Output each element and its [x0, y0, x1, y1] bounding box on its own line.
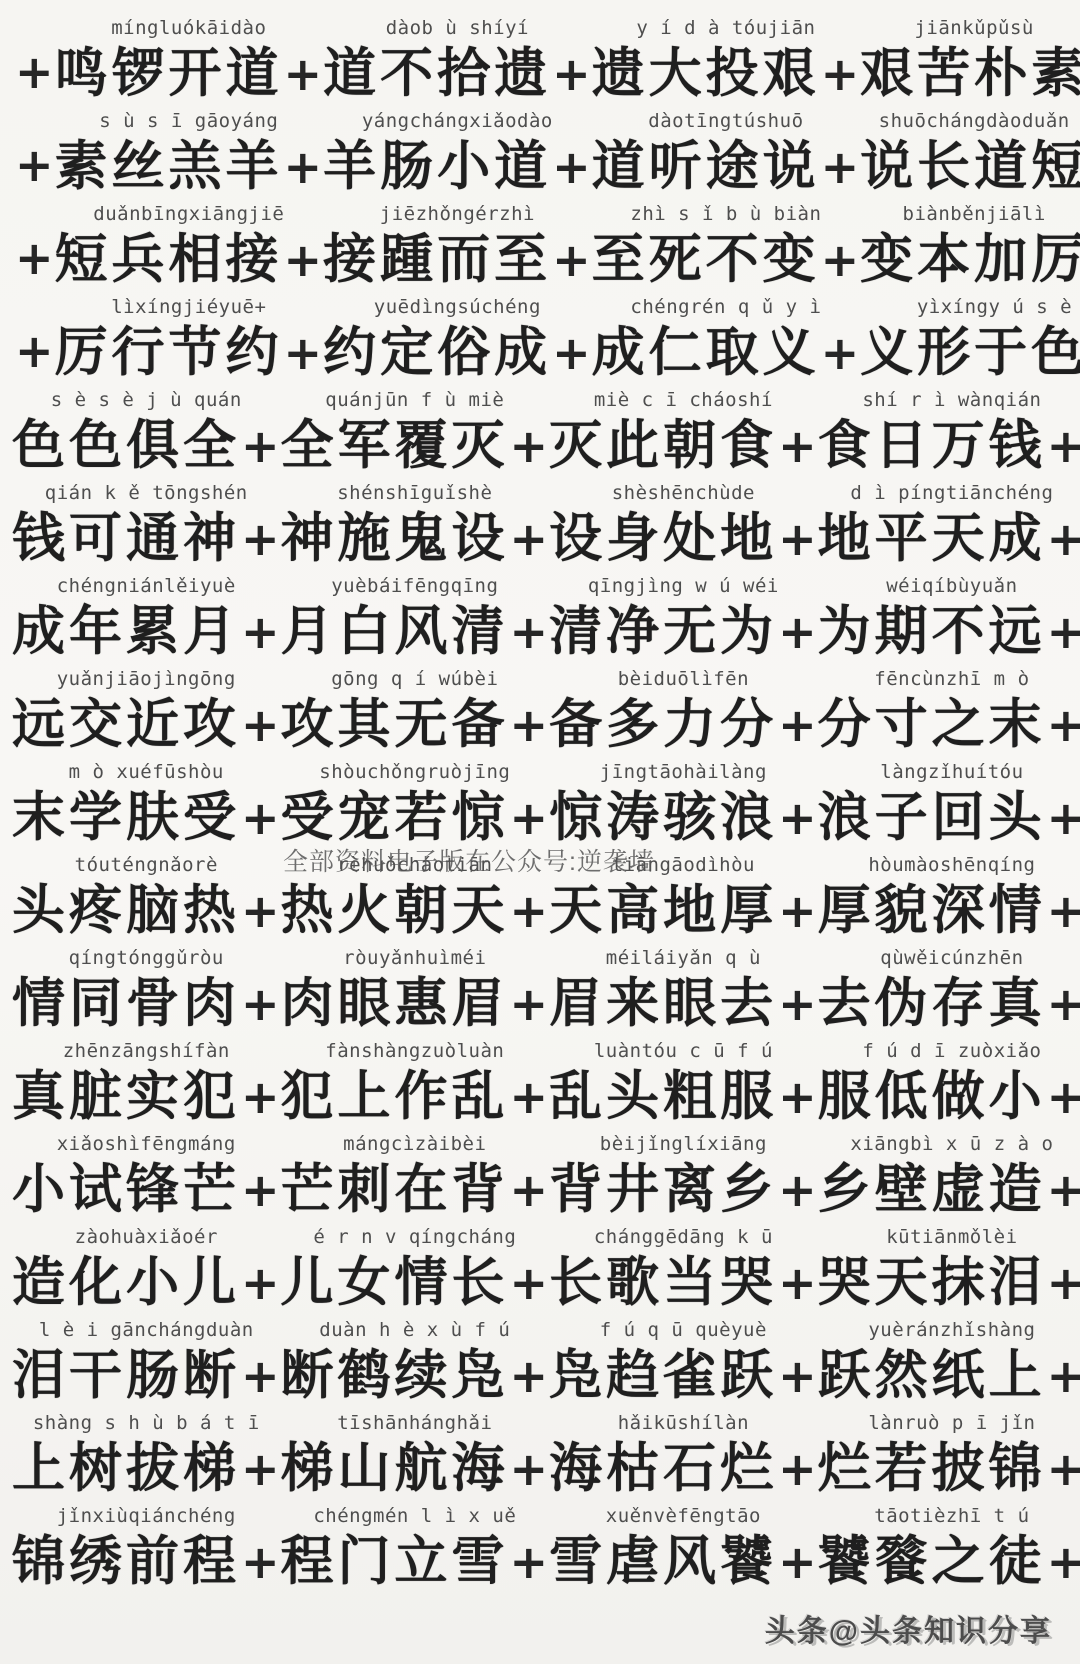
pinyin-label: fànshàngzuòluàn	[325, 1039, 504, 1064]
plus-connector: +	[510, 510, 549, 568]
idiom-cell: qíngtónggǔròu情同骨肉+	[12, 946, 281, 1035]
idiom-line: 鸣锣开道+	[55, 41, 324, 105]
plus-connector: +	[1047, 1254, 1080, 1312]
plus-connector: +	[284, 324, 323, 382]
plus-connector: +	[284, 138, 323, 196]
idiom-text: 背井离乡	[549, 1157, 777, 1221]
idiom-line: 厉行节约+	[55, 320, 324, 384]
idiom-cell: f ú d ī zuòxiǎo服低做小+	[818, 1039, 1080, 1128]
pinyin-label: jǐnxiùqiánchéng	[57, 1504, 236, 1529]
plus-connector: +	[821, 138, 860, 196]
idiom-line: 说长道短	[860, 134, 1080, 198]
idiom-row: zhēnzāngshífàn真脏实犯+fànshàngzuòluàn犯上作乱+l…	[0, 1037, 1080, 1130]
pinyin-label: jiānkǔpǔsù	[914, 16, 1033, 41]
idiom-line: 去伪存真+	[818, 971, 1080, 1035]
plus-connector: +	[778, 696, 817, 754]
idiom-text: 天高地厚	[549, 878, 777, 942]
pinyin-label: làngzǐhuítóu	[880, 760, 1023, 785]
idiom-cell: chéngrén q ǔ y ì成仁取义+	[592, 295, 861, 384]
idiom-text: 远交近攻	[12, 692, 240, 756]
idiom-line: 接踵而至+	[323, 227, 592, 291]
idiom-line: 海枯石烂+	[549, 1436, 818, 1500]
idiom-line: 情同骨肉+	[12, 971, 281, 1035]
idiom-text: 乱头粗服	[549, 1064, 777, 1128]
idiom-line: 断鹤续凫+	[281, 1343, 550, 1407]
idiom-row: l è i gānchángduàn泪干肠断+duàn h è x ù f ú断…	[0, 1316, 1080, 1409]
plus-connector: +	[552, 231, 591, 289]
idiom-cell: l è i gānchángduàn泪干肠断+	[12, 1318, 281, 1407]
pinyin-label: qīngjìng w ú wéi	[588, 574, 779, 599]
idiom-cell: hòumàoshēnqíng厚貌深情+	[818, 853, 1080, 942]
idiom-row: +lìxíngjiéyuē+厉行节约+yuēdìngsúchéng约定俗成+ch…	[0, 293, 1080, 386]
idiom-line: 灭此朝食+	[549, 413, 818, 477]
pinyin-label: m ò xuéfūshòu	[69, 760, 224, 785]
plus-connector: +	[778, 510, 817, 568]
idiom-cell: dàob ù shíyí道不拾遗+	[323, 16, 592, 105]
plus-connector: +	[778, 1068, 817, 1126]
idiom-line: 厚貌深情+	[818, 878, 1080, 942]
idiom-text: 攻其无备	[281, 692, 509, 756]
plus-connector: +	[552, 45, 591, 103]
pinyin-label: biànběnjiālì	[903, 202, 1046, 227]
idiom-cell: m ò xuéfūshòu末学肤受+	[12, 760, 281, 849]
plus-connector: +	[778, 603, 817, 661]
idiom-line: 备多力分+	[549, 692, 818, 756]
idiom-text: 鸣锣开道	[55, 41, 283, 105]
idiom-text: 月白风清	[281, 599, 509, 663]
plus-connector: +	[241, 1347, 280, 1405]
idiom-text: 眉来眼去	[549, 971, 777, 1035]
idiom-text: 接踵而至	[323, 227, 551, 291]
idiom-text: 乡壁虚造	[818, 1157, 1046, 1221]
idiom-cell: chéngniánlěiyuè成年累月+	[12, 574, 281, 663]
idiom-text: 泪干肠断	[12, 1343, 240, 1407]
idiom-text: 变本加厉	[860, 227, 1080, 291]
idiom-cell: s è s è j ù quán色色俱全+	[12, 388, 281, 477]
idiom-text: 雪虐风饕	[549, 1529, 777, 1593]
idiom-cell: biànběnjiālì变本加厉	[860, 202, 1080, 291]
idiom-cell: mángcìzàibèi芒刺在背+	[281, 1132, 550, 1221]
idiom-cell: duàn h è x ù f ú断鹤续凫+	[281, 1318, 550, 1407]
plus-connector: +	[1047, 603, 1080, 661]
idiom-line: 烂若披锦+	[818, 1436, 1080, 1500]
idiom-line: 程门立雪+	[281, 1529, 550, 1593]
idiom-text: 全军覆灭	[281, 413, 509, 477]
plus-connector: +	[1047, 417, 1080, 475]
pinyin-label: chéngniánlěiyuè	[57, 574, 236, 599]
idiom-line: 哭天抹泪+	[818, 1250, 1080, 1314]
plus-connector: +	[241, 1161, 280, 1219]
idiom-chain-sheet: +míngluókāidào鸣锣开道+dàob ù shíyí道不拾遗+y í …	[0, 0, 1080, 1664]
plus-connector: +	[1047, 882, 1080, 940]
idiom-cell: qùwěicúnzhēn去伪存真+	[818, 946, 1080, 1035]
idiom-line: 跃然纸上+	[818, 1343, 1080, 1407]
idiom-cell: méiláiyǎn q ù眉来眼去+	[549, 946, 818, 1035]
pinyin-label: dàob ù shíyí	[386, 16, 529, 41]
plus-connector: +	[1047, 1161, 1080, 1219]
idiom-line: 色色俱全+	[12, 413, 281, 477]
idiom-text: 约定俗成	[323, 320, 551, 384]
idiom-text: 至死不变	[592, 227, 820, 291]
plus-connector: +	[510, 1161, 549, 1219]
pinyin-label: chéngrén q ǔ y ì	[630, 295, 821, 320]
pinyin-label: duǎnbīngxiāngjiē	[93, 202, 284, 227]
pinyin-label: yuèránzhǐshàng	[868, 1318, 1035, 1343]
idiom-text: 灭此朝食	[549, 413, 777, 477]
plus-connector: +	[778, 1254, 817, 1312]
pinyin-label: xiāngbì x ū z à o	[850, 1132, 1053, 1157]
pinyin-label: lìxíngjiéyuē+	[111, 295, 266, 320]
pinyin-label: wéiqíbùyuǎn	[886, 574, 1017, 599]
idiom-cell: yángchángxiǎodào羊肠小道+	[323, 109, 592, 198]
pinyin-label: l è i gānchángduàn	[39, 1318, 254, 1343]
pinyin-label: míngluókāidào	[111, 16, 266, 41]
plus-connector: +	[241, 1533, 280, 1591]
pinyin-label: yuèbáifēngqīng	[331, 574, 498, 599]
idiom-row: s è s è j ù quán色色俱全+quánjūn f ù miè全军覆灭…	[0, 386, 1080, 479]
idiom-cell: shòuchǒngruòjīng受宠若惊+	[281, 760, 550, 849]
idiom-cell: yuǎnjiāojìngōng远交近攻+	[12, 667, 281, 756]
idiom-text: 梯山航海	[281, 1436, 509, 1500]
idiom-cell: gōng q í wúbèi攻其无备+	[281, 667, 550, 756]
idiom-line: 造化小儿+	[12, 1250, 281, 1314]
idiom-cell: lànruò p ī jǐn烂若披锦+	[818, 1411, 1080, 1500]
idiom-text: 钱可通神	[12, 506, 240, 570]
pinyin-label: lànruò p ī jǐn	[868, 1411, 1035, 1436]
idiom-line: 泪干肠断+	[12, 1343, 281, 1407]
idiom-text: 艰苦朴素	[860, 41, 1080, 105]
idiom-cell: s ù s ī gāoyáng素丝羔羊+	[55, 109, 324, 198]
plus-connector: +	[15, 136, 54, 194]
pinyin-label: shàng s h ù b á t ī	[33, 1411, 260, 1436]
idiom-text: 素丝羔羊	[55, 134, 283, 198]
plus-connector: +	[15, 322, 54, 380]
idiom-cell: tīshānhánghǎi梯山航海+	[281, 1411, 550, 1500]
idiom-rows-container: +míngluókāidào鸣锣开道+dàob ù shíyí道不拾遗+y í …	[0, 14, 1080, 1595]
plus-connector: +	[778, 975, 817, 1033]
idiom-cell: yuēdìngsúchéng约定俗成+	[323, 295, 592, 384]
pinyin-label: luàntóu c ū f ú	[594, 1039, 773, 1064]
idiom-line: 全军覆灭+	[281, 413, 550, 477]
idiom-cell: xuěnvèfēngtāo雪虐风饕+	[549, 1504, 818, 1593]
idiom-line: 艰苦朴素	[860, 41, 1080, 105]
plus-connector: +	[241, 417, 280, 475]
idiom-cell: shèshēnchùde设身处地+	[549, 481, 818, 570]
idiom-text: 锦绣前程	[12, 1529, 240, 1593]
pinyin-label: hǎikūshílàn	[618, 1411, 749, 1436]
plus-connector: +	[510, 417, 549, 475]
idiom-cell: zhēnzāngshífàn真脏实犯+	[12, 1039, 281, 1128]
idiom-cell: wéiqíbùyuǎn为期不远+	[818, 574, 1080, 663]
pinyin-label: qián k ě tōngshén	[45, 481, 248, 506]
pinyin-label: zàohuàxiǎoér	[75, 1225, 218, 1250]
idiom-cell: jǐnxiùqiánchéng锦绣前程+	[12, 1504, 281, 1593]
idiom-row: +s ù s ī gāoyáng素丝羔羊+yángchángxiǎodào羊肠小…	[0, 107, 1080, 200]
plus-connector: +	[1047, 1533, 1080, 1591]
idiom-cell: shuōchángdàoduǎn说长道短	[860, 109, 1080, 198]
idiom-text: 道听途说	[592, 134, 820, 198]
idiom-text: 遗大投艰	[592, 41, 820, 105]
plus-connector: +	[1047, 696, 1080, 754]
plus-connector: +	[241, 789, 280, 847]
idiom-row: xiǎoshìfēngmáng小试锋芒+mángcìzàibèi芒刺在背+bèi…	[0, 1130, 1080, 1223]
idiom-cell: ròuyǎnhuìméi肉眼惠眉+	[281, 946, 550, 1035]
idiom-text: 末学肤受	[12, 785, 240, 849]
idiom-cell: miè c ī cháoshí灭此朝食+	[549, 388, 818, 477]
idiom-text: 头疼脑热	[12, 878, 240, 942]
idiom-cell: hǎikūshílàn海枯石烂+	[549, 1411, 818, 1500]
idiom-cell: làngzǐhuítóu浪子回头+	[818, 760, 1080, 849]
plus-connector: +	[1047, 1347, 1080, 1405]
idiom-text: 惊涛骇浪	[549, 785, 777, 849]
pinyin-label: yuǎnjiāojìngōng	[57, 667, 236, 692]
plus-connector: +	[510, 789, 549, 847]
idiom-line: 热火朝天+	[281, 878, 550, 942]
idiom-text: 去伪存真	[818, 971, 1046, 1035]
idiom-text: 备多力分	[549, 692, 777, 756]
idiom-cell: xiǎoshìfēngmáng小试锋芒+	[12, 1132, 281, 1221]
watermark-bottom-right: 头条@头条知识分享	[765, 1606, 1052, 1650]
idiom-line: 神施鬼设+	[281, 506, 550, 570]
idiom-line: 地平天成+	[818, 506, 1080, 570]
plus-connector: +	[241, 1254, 280, 1312]
idiom-text: 厚貌深情	[818, 878, 1046, 942]
pinyin-label: f ú d ī zuòxiǎo	[862, 1039, 1041, 1064]
idiom-text: 说长道短	[860, 134, 1080, 198]
idiom-text: 神施鬼设	[281, 506, 509, 570]
plus-connector: +	[241, 510, 280, 568]
idiom-text: 热火朝天	[281, 878, 509, 942]
idiom-row: +míngluókāidào鸣锣开道+dàob ù shíyí道不拾遗+y í …	[0, 14, 1080, 107]
idiom-line: 义形于色+	[860, 320, 1080, 384]
idiom-text: 浪子回头	[818, 785, 1046, 849]
idiom-line: 雪虐风饕+	[549, 1529, 818, 1593]
pinyin-label: tóuténgnǎorè	[75, 853, 218, 878]
plus-connector: +	[15, 43, 54, 101]
idiom-text: 分寸之末	[818, 692, 1046, 756]
idiom-line: 清净无为+	[549, 599, 818, 663]
idiom-line: 约定俗成+	[323, 320, 592, 384]
idiom-cell: f ú q ū quèyuè凫趋雀跃+	[549, 1318, 818, 1407]
idiom-row: chéngniánlěiyuè成年累月+yuèbáifēngqīng月白风清+q…	[0, 572, 1080, 665]
idiom-line: 背井离乡+	[549, 1157, 818, 1221]
idiom-text: 服低做小	[818, 1064, 1046, 1128]
idiom-line: 羊肠小道+	[323, 134, 592, 198]
idiom-cell: zàohuàxiǎoér造化小儿+	[12, 1225, 281, 1314]
idiom-line: 变本加厉	[860, 227, 1080, 291]
pinyin-label: xiǎoshìfēngmáng	[57, 1132, 236, 1157]
pinyin-label: shòuchǒngruòjīng	[319, 760, 510, 785]
idiom-line: 末学肤受+	[12, 785, 281, 849]
pinyin-label: d ì píngtiānchéng	[850, 481, 1053, 506]
idiom-line: 浪子回头+	[818, 785, 1080, 849]
pinyin-label: tīshānhánghǎi	[337, 1411, 492, 1436]
idiom-line: 肉眼惠眉+	[281, 971, 550, 1035]
idiom-line: 至死不变+	[592, 227, 861, 291]
pinyin-label: duàn h è x ù f ú	[319, 1318, 510, 1343]
pinyin-label: shuōchángdàoduǎn	[879, 109, 1070, 134]
pinyin-label: bèijǐnglíxiāng	[600, 1132, 767, 1157]
plus-connector: +	[241, 603, 280, 661]
plus-connector: +	[1047, 975, 1080, 1033]
plus-connector: +	[510, 1254, 549, 1312]
idiom-cell: shí r ì wànqián食日万钱+	[818, 388, 1080, 477]
idiom-line: 道不拾遗+	[323, 41, 592, 105]
pinyin-label: jīngtāohàilàng	[600, 760, 767, 785]
idiom-line: 服低做小+	[818, 1064, 1080, 1128]
pinyin-label: jiēzhǒngérzhì	[380, 202, 535, 227]
plus-connector: +	[241, 696, 280, 754]
plus-connector: +	[778, 789, 817, 847]
plus-connector: +	[821, 324, 860, 382]
idiom-cell: chéngmén l ì x uě程门立雪+	[281, 1504, 550, 1593]
plus-connector: +	[284, 45, 323, 103]
idiom-line: 芒刺在背+	[281, 1157, 550, 1221]
idiom-line: 长歌当哭+	[549, 1250, 818, 1314]
idiom-row: shàng s h ù b á t ī上树拔梯+tīshānhánghǎi梯山航…	[0, 1409, 1080, 1502]
idiom-cell: quánjūn f ù miè全军覆灭+	[281, 388, 550, 477]
idiom-cell: míngluókāidào鸣锣开道+	[55, 16, 324, 105]
idiom-cell: shénshīguǐshè神施鬼设+	[281, 481, 550, 570]
idiom-line: 短兵相接+	[55, 227, 324, 291]
idiom-line: 月白风清+	[281, 599, 550, 663]
pinyin-label: miè c ī cháoshí	[594, 388, 773, 413]
pinyin-label: qùwěicúnzhēn	[880, 946, 1023, 971]
idiom-cell: qián k ě tōngshén钱可通神+	[12, 481, 281, 570]
idiom-text: 受宠若惊	[281, 785, 509, 849]
idiom-text: 成仁取义	[592, 320, 820, 384]
idiom-cell: jīngtāohàilàng惊涛骇浪+	[549, 760, 818, 849]
idiom-row: jǐnxiùqiánchéng锦绣前程+chéngmén l ì x uě程门立…	[0, 1502, 1080, 1595]
plus-connector: +	[1047, 1068, 1080, 1126]
plus-connector: +	[552, 138, 591, 196]
idiom-cell: qīngjìng w ú wéi清净无为+	[549, 574, 818, 663]
idiom-text: 食日万钱	[818, 413, 1046, 477]
idiom-cell: y í d à tóujiān遗大投艰+	[592, 16, 861, 105]
idiom-cell: tóuténgnǎorè头疼脑热+	[12, 853, 281, 942]
idiom-line: 儿女情长+	[281, 1250, 550, 1314]
idiom-text: 长歌当哭	[549, 1250, 777, 1314]
idiom-cell: dàotīngtúshuō道听途说+	[592, 109, 861, 198]
plus-connector: +	[510, 882, 549, 940]
plus-connector: +	[241, 1440, 280, 1498]
idiom-line: 乱头粗服+	[549, 1064, 818, 1128]
pinyin-label: yángchángxiǎodào	[362, 109, 553, 134]
idiom-text: 肉眼惠眉	[281, 971, 509, 1035]
idiom-text: 海枯石烂	[549, 1436, 777, 1500]
plus-connector: +	[1047, 510, 1080, 568]
idiom-line: 远交近攻+	[12, 692, 281, 756]
idiom-text: 芒刺在背	[281, 1157, 509, 1221]
idiom-row: qián k ě tōngshén钱可通神+shénshīguǐshè神施鬼设+…	[0, 479, 1080, 572]
idiom-cell: fànshàngzuòluàn犯上作乱+	[281, 1039, 550, 1128]
idiom-line: 眉来眼去+	[549, 971, 818, 1035]
idiom-line: 上树拔梯+	[12, 1436, 281, 1500]
idiom-text: 跃然纸上	[818, 1343, 1046, 1407]
pinyin-label: tāotièzhī t ú	[874, 1504, 1029, 1529]
idiom-line: 小试锋芒+	[12, 1157, 281, 1221]
idiom-cell: é r n v qíngcháng儿女情长+	[281, 1225, 550, 1314]
idiom-row: zàohuàxiǎoér造化小儿+é r n v qíngcháng儿女情长+c…	[0, 1223, 1080, 1316]
pinyin-label: xuěnvèfēngtāo	[606, 1504, 761, 1529]
idiom-cell: d ì píngtiānchéng地平天成+	[818, 481, 1080, 570]
idiom-line: 凫趋雀跃+	[549, 1343, 818, 1407]
pinyin-label: dàotīngtúshuō	[648, 109, 803, 134]
plus-connector: +	[552, 324, 591, 382]
pinyin-label: chéngmén l ì x uě	[313, 1504, 516, 1529]
idiom-cell: yuèránzhǐshàng跃然纸上+	[818, 1318, 1080, 1407]
idiom-text: 断鹤续凫	[281, 1343, 509, 1407]
idiom-text: 儿女情长	[281, 1250, 509, 1314]
idiom-cell: shàng s h ù b á t ī上树拔梯+	[12, 1411, 281, 1500]
idiom-cell: kūtiānmǒlèi哭天抹泪+	[818, 1225, 1080, 1314]
idiom-text: 哭天抹泪	[818, 1250, 1046, 1314]
idiom-line: 锦绣前程+	[12, 1529, 281, 1593]
idiom-text: 义形于色	[860, 320, 1080, 384]
idiom-cell: yuèbáifēngqīng月白风清+	[281, 574, 550, 663]
idiom-line: 真脏实犯+	[12, 1064, 281, 1128]
plus-connector: +	[778, 1347, 817, 1405]
pinyin-label: mángcìzàibèi	[343, 1132, 486, 1157]
idiom-line: 天高地厚+	[549, 878, 818, 942]
idiom-line: 成年累月+	[12, 599, 281, 663]
idiom-line: 道听途说+	[592, 134, 861, 198]
pinyin-label: shénshīguǐshè	[337, 481, 492, 506]
idiom-line: 钱可通神+	[12, 506, 281, 570]
idiom-row: yuǎnjiāojìngōng远交近攻+gōng q í wúbèi攻其无备+b…	[0, 665, 1080, 758]
plus-connector: +	[510, 1440, 549, 1498]
pinyin-label: fēncùnzhī m ò	[874, 667, 1029, 692]
plus-connector: +	[510, 975, 549, 1033]
idiom-cell: bèijǐnglíxiāng背井离乡+	[549, 1132, 818, 1221]
plus-connector: +	[510, 1533, 549, 1591]
idiom-text: 犯上作乱	[281, 1064, 509, 1128]
idiom-line: 饕餮之徒+	[818, 1529, 1080, 1593]
pinyin-label: yuēdìngsúchéng	[374, 295, 541, 320]
idiom-cell: yìxíngy ú s è义形于色+	[860, 295, 1080, 384]
idiom-line: 犯上作乱+	[281, 1064, 550, 1128]
idiom-line: 头疼脑热+	[12, 878, 281, 942]
idiom-text: 为期不远	[818, 599, 1046, 663]
idiom-line: 遗大投艰+	[592, 41, 861, 105]
idiom-text: 色色俱全	[12, 413, 240, 477]
plus-connector: +	[821, 45, 860, 103]
pinyin-label: qíngtónggǔròu	[69, 946, 224, 971]
idiom-text: 程门立雪	[281, 1529, 509, 1593]
plus-connector: +	[1047, 1440, 1080, 1498]
plus-connector: +	[510, 1347, 549, 1405]
idiom-cell: jiānkǔpǔsù艰苦朴素	[860, 16, 1080, 105]
pinyin-label: ròuyǎnhuìméi	[343, 946, 486, 971]
plus-connector: +	[510, 696, 549, 754]
plus-connector: +	[241, 975, 280, 1033]
idiom-row: qíngtónggǔròu情同骨肉+ròuyǎnhuìméi肉眼惠眉+méilá…	[0, 944, 1080, 1037]
pinyin-label: s ù s ī gāoyáng	[99, 109, 278, 134]
idiom-row: m ò xuéfūshòu末学肤受+shòuchǒngruòjīng受宠若惊+j…	[0, 758, 1080, 851]
idiom-cell: duǎnbīngxiāngjiē短兵相接+	[55, 202, 324, 291]
idiom-text: 饕餮之徒	[818, 1529, 1046, 1593]
pinyin-label: zhēnzāngshífàn	[63, 1039, 230, 1064]
plus-connector: +	[241, 1068, 280, 1126]
idiom-text: 清净无为	[549, 599, 777, 663]
idiom-cell: tāotièzhī t ú饕餮之徒+	[818, 1504, 1080, 1593]
idiom-cell: bèiduōlìfēn备多力分+	[549, 667, 818, 756]
idiom-line: 素丝羔羊+	[55, 134, 324, 198]
watermark-center: 全部资料电子版在公众号:逆袭墙	[283, 842, 655, 878]
pinyin-label: s è s è j ù quán	[51, 388, 242, 413]
idiom-cell: luàntóu c ū f ú乱头粗服+	[549, 1039, 818, 1128]
pinyin-label: zhì s ǐ b ù biàn	[630, 202, 821, 227]
